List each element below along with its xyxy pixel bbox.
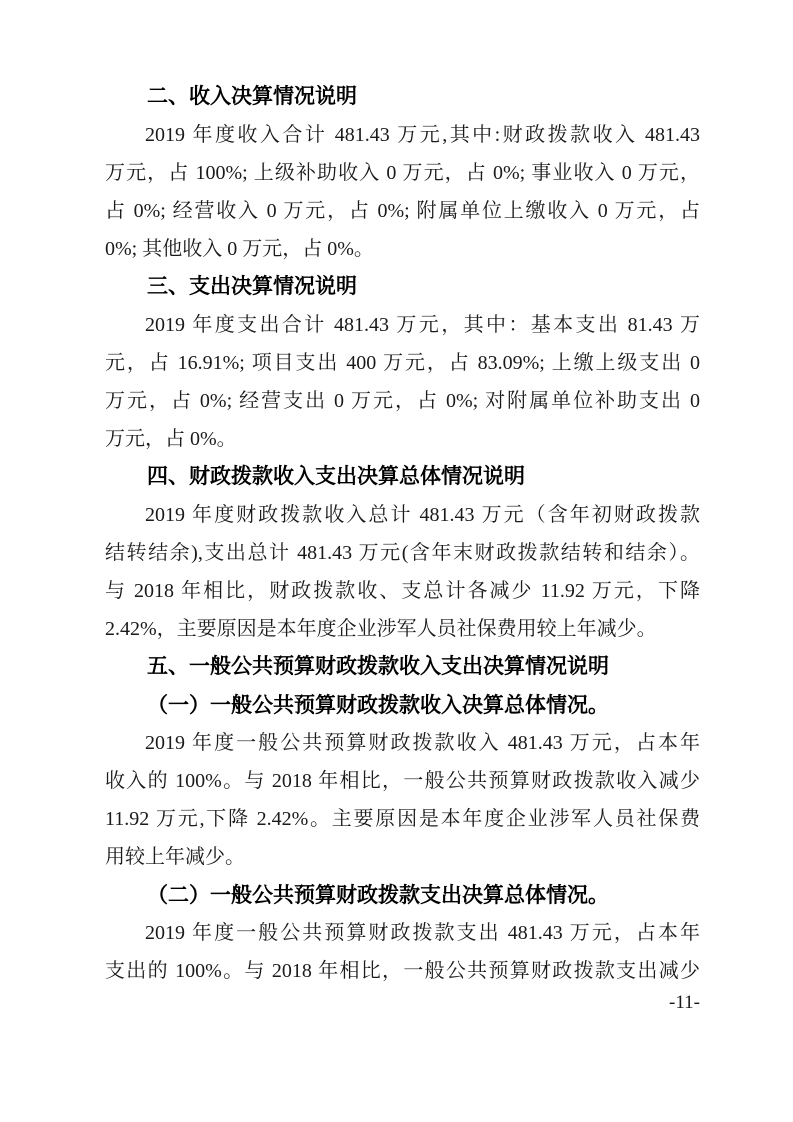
subsection-heading-budget-income: （一）一般公共预算财政拨款收入决算总体情况。 [105,686,700,724]
section-heading-expenditure: 三、支出决算情况说明 [105,268,700,306]
paragraph-line: 2019 年度一般公共预算财政拨款收入 481.43 万元，占本年 [105,724,700,762]
section-heading-general-public-budget: 五、一般公共预算财政拨款收入支出决算情况说明 [105,648,700,686]
document-page: 二、收入决算情况说明 2019 年度收入合计 481.43 万元,其中:财政拨款… [0,0,793,1122]
paragraph-line: 2019 年度一般公共预算财政拨款支出 481.43 万元，占本年 [105,914,700,952]
paragraph-line: 2019 年度财政拨款收入总计 481.43 万元（含年初财政拨款 [105,496,700,534]
section-general-public-budget: 五、一般公共预算财政拨款收入支出决算情况说明 （一）一般公共预算财政拨款收入决算… [105,648,700,990]
paragraph-line: 占 0%; 经营收入 0 万元，占 0%; 附属单位上缴收入 0 万元，占 [105,192,700,230]
paragraph-line: 0%; 其他收入 0 万元，占 0%。 [105,230,700,268]
paragraph-line: 元，占 16.91%; 项目支出 400 万元，占 83.09%; 上缴上级支出… [105,344,700,382]
paragraph-line: 万元，占 100%; 上级补助收入 0 万元，占 0%; 事业收入 0 万元， [105,154,700,192]
paragraph-line: 11.92 万元,下降 2.42%。主要原因是本年度企业涉军人员社保费 [105,800,700,838]
page-number: -11- [105,992,700,1014]
section-fiscal-appropriation-overview: 四、财政拨款收入支出决算总体情况说明 2019 年度财政拨款收入总计 481.4… [105,458,700,648]
section-income-overview: 二、收入决算情况说明 2019 年度收入合计 481.43 万元,其中:财政拨款… [105,78,700,268]
paragraph-line: 2019 年度支出合计 481.43 万元，其中：基本支出 81.43 万 [105,306,700,344]
paragraph-line: 万元，占 0%; 经营支出 0 万元，占 0%; 对附属单位补助支出 0 [105,382,700,420]
paragraph-line: 与 2018 年相比，财政拨款收、支总计各减少 11.92 万元，下降 [105,572,700,610]
paragraph-line: 用较上年减少。 [105,838,700,876]
section-heading-fiscal-appropriation: 四、财政拨款收入支出决算总体情况说明 [105,458,700,496]
paragraph-line: 2.42%，主要原因是本年度企业涉军人员社保费用较上年减少。 [105,610,700,648]
section-expenditure-overview: 三、支出决算情况说明 2019 年度支出合计 481.43 万元，其中：基本支出… [105,268,700,458]
subsection-heading-budget-expenditure: （二）一般公共预算财政拨款支出决算总体情况。 [105,876,700,914]
paragraph-line: 结转结余),支出总计 481.43 万元(含年末财政拨款结转和结余）。 [105,534,700,572]
paragraph-line: 万元，占 0%。 [105,420,700,458]
document-content: 二、收入决算情况说明 2019 年度收入合计 481.43 万元,其中:财政拨款… [105,78,700,990]
section-heading-income: 二、收入决算情况说明 [105,78,700,116]
paragraph-line: 2019 年度收入合计 481.43 万元,其中:财政拨款收入 481.43 [105,116,700,154]
paragraph-line: 收入的 100%。与 2018 年相比，一般公共预算财政拨款收入减少 [105,762,700,800]
paragraph-line: 支出的 100%。与 2018 年相比，一般公共预算财政拨款支出减少 [105,952,700,990]
